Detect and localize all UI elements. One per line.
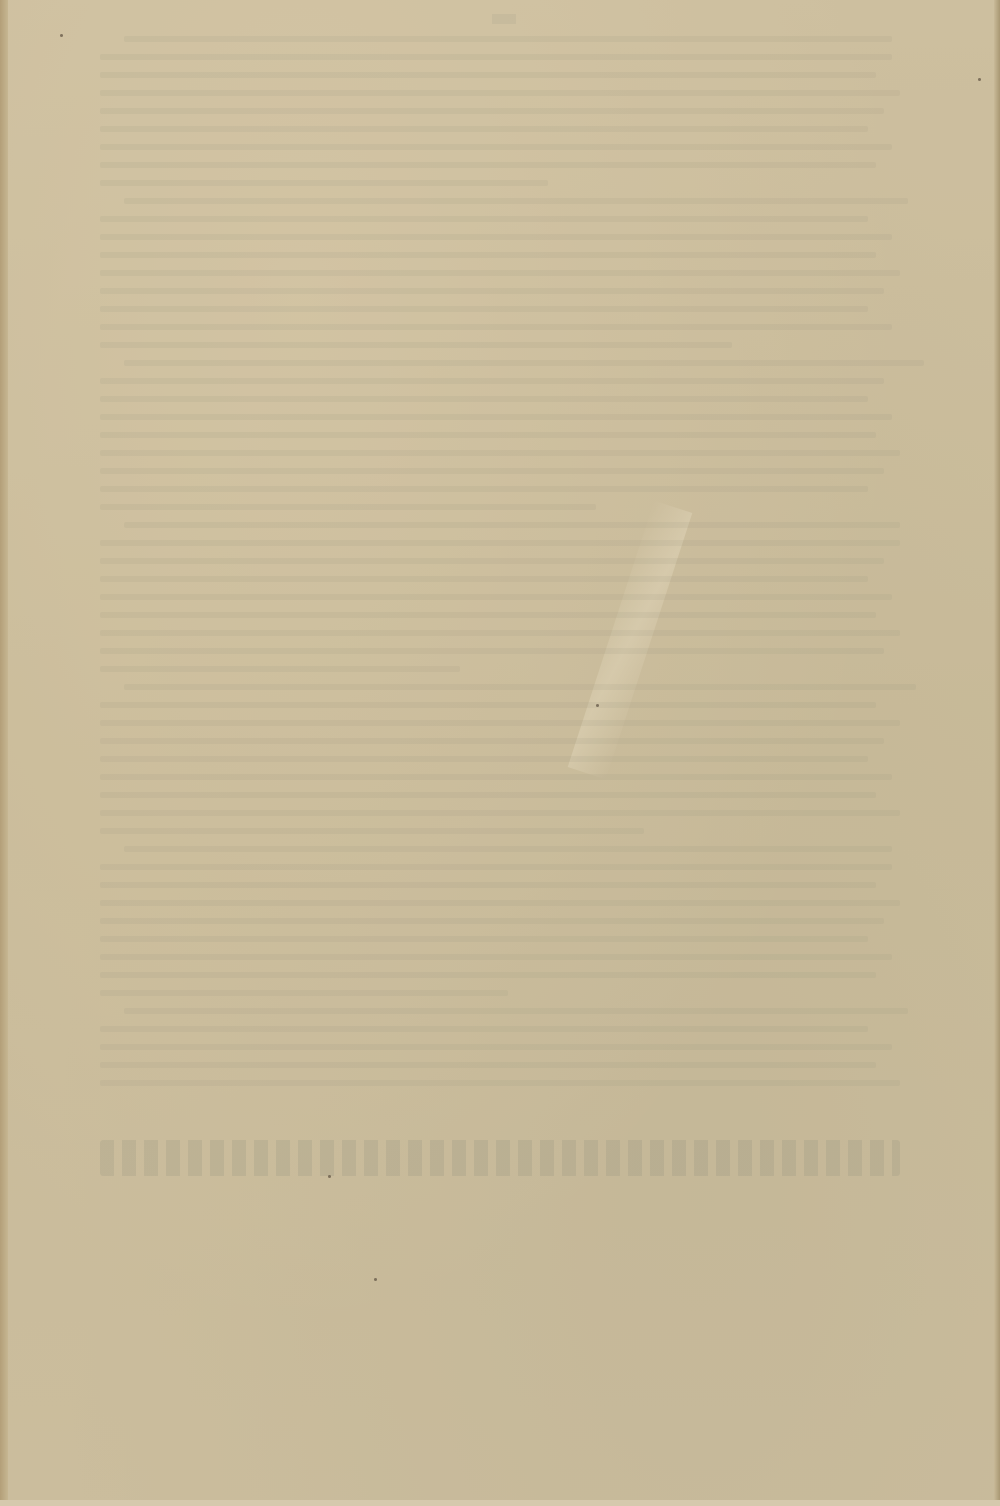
bleed-through-line <box>100 180 548 186</box>
bleed-through-line <box>124 522 900 528</box>
bleed-through-line <box>100 432 876 438</box>
bleed-through-line <box>100 270 900 276</box>
bleed-through-line <box>100 594 892 600</box>
scanned-page <box>0 0 1000 1506</box>
bleed-through-line <box>100 306 868 312</box>
bleed-through-line <box>100 882 876 888</box>
bleed-through-line <box>100 1080 900 1086</box>
bleed-through-line <box>100 612 876 618</box>
bleed-through-line <box>100 162 876 168</box>
bleed-through-line <box>100 720 900 726</box>
bleed-through-line <box>124 198 908 204</box>
bleed-through-page-number <box>492 14 516 24</box>
bleed-through-line <box>100 666 460 672</box>
bleed-through-line <box>100 558 884 564</box>
bleed-through-line <box>124 684 916 690</box>
bleed-through-line <box>100 828 644 834</box>
paper-speck <box>328 1175 331 1178</box>
bleed-through-line <box>100 630 900 636</box>
bleed-through-line <box>100 504 596 510</box>
bleed-through-line <box>100 702 876 708</box>
page-left-edge <box>0 0 8 1506</box>
bleed-through-line <box>100 144 892 150</box>
bleed-through-line <box>100 216 868 222</box>
bleed-through-line <box>100 468 884 474</box>
bleed-through-line <box>100 792 876 798</box>
bleed-through-line <box>100 54 892 60</box>
paper-speck <box>596 704 599 707</box>
bleed-through-line <box>100 738 884 744</box>
bleed-through-line <box>100 486 868 492</box>
bleed-through-line <box>100 1044 892 1050</box>
bleed-through-line <box>100 108 884 114</box>
bleed-through-line <box>124 846 892 852</box>
bleed-through-line <box>100 324 892 330</box>
bleed-through-line <box>100 936 868 942</box>
bleed-through-line <box>124 360 924 366</box>
bleed-through-line <box>100 234 892 240</box>
bleed-through-line <box>100 450 900 456</box>
bleed-through-line <box>100 756 868 762</box>
bleed-through-line <box>100 810 900 816</box>
page-right-edge <box>994 0 1000 1506</box>
bleed-through-line <box>100 252 876 258</box>
bleed-through-heading <box>100 1140 900 1176</box>
bleed-through-line <box>100 918 884 924</box>
bleed-through-line <box>100 72 876 78</box>
page-bottom-edge <box>0 1500 1000 1506</box>
bleed-through-line <box>100 864 892 870</box>
bleed-through-line <box>100 126 868 132</box>
bleed-through-line <box>100 990 508 996</box>
bleed-through-line <box>100 954 892 960</box>
bleed-through-line <box>100 1026 868 1032</box>
bleed-through-line <box>100 1062 876 1068</box>
bleed-through-line <box>100 648 884 654</box>
paper-speck <box>978 78 981 81</box>
bleed-through-line <box>100 378 884 384</box>
bleed-through-line <box>100 90 900 96</box>
bleed-through-line <box>124 36 892 42</box>
bleed-through-line <box>100 396 868 402</box>
bleed-through-text-block <box>100 36 900 1098</box>
bleed-through-line <box>100 576 868 582</box>
bleed-through-line <box>124 1008 908 1014</box>
paper-speck <box>60 34 63 37</box>
bleed-through-line <box>100 774 892 780</box>
bleed-through-line <box>100 900 900 906</box>
bleed-through-line <box>100 972 876 978</box>
bleed-through-line <box>100 414 892 420</box>
paper-speck <box>374 1278 377 1281</box>
bleed-through-line <box>100 540 900 546</box>
bleed-through-line <box>100 288 884 294</box>
bleed-through-line <box>100 342 732 348</box>
